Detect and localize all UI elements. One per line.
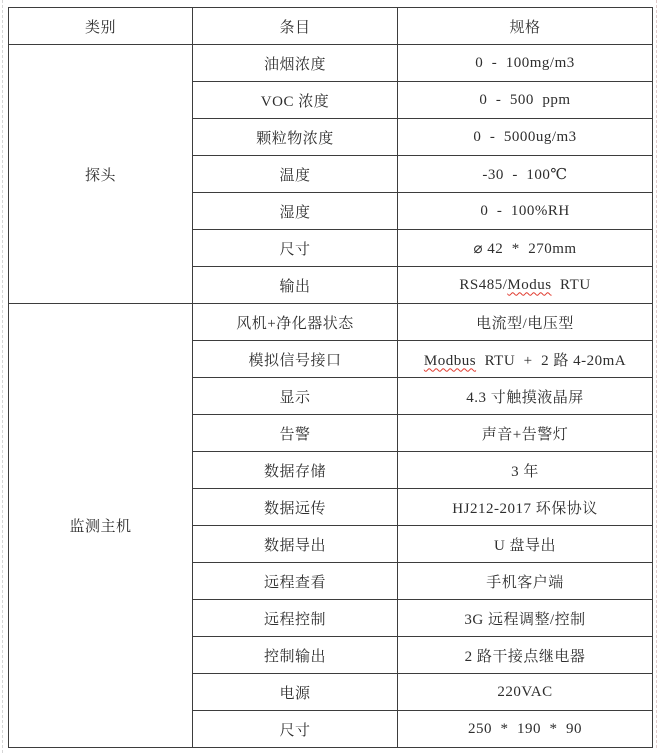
item-cell: 显示 (193, 378, 398, 415)
item-cell: 电源 (193, 674, 398, 711)
item-cell: VOC 浓度 (193, 82, 398, 119)
category-cell: 探头 (9, 45, 193, 304)
spec-cell: 手机客户端 (398, 563, 653, 600)
item-cell: 尺寸 (193, 711, 398, 748)
spec-cell: 3 年 (398, 452, 653, 489)
spec-cell: 3G 远程调整/控制 (398, 600, 653, 637)
spec-cell: 4.3 寸触摸液晶屏 (398, 378, 653, 415)
table-header-row: 类别 条目 规格 (9, 8, 653, 45)
spec-cell: 电流型/电压型 (398, 304, 653, 341)
document-page: { "table": { "headers": ["类别", "条目", "规格… (0, 0, 660, 753)
spec-cell: 220VAC (398, 674, 653, 711)
spec-cell: Modbus RTU + 2 路 4-20mA (398, 341, 653, 378)
item-cell: 输出 (193, 267, 398, 304)
item-cell: 温度 (193, 156, 398, 193)
item-cell: 模拟信号接口 (193, 341, 398, 378)
item-cell: 湿度 (193, 193, 398, 230)
header-item: 条目 (193, 8, 398, 45)
header-category: 类别 (9, 8, 193, 45)
item-cell: 风机+净化器状态 (193, 304, 398, 341)
spellcheck-underline: Modus (507, 277, 551, 293)
table-row: 探头油烟浓度0 - 100mg/m3 (9, 45, 653, 82)
item-cell: 控制输出 (193, 637, 398, 674)
spellcheck-underline: Modbus (424, 353, 476, 369)
spec-cell: U 盘导出 (398, 526, 653, 563)
scan-edge-artifact-left (2, 0, 3, 753)
spec-cell: 0 - 100%RH (398, 193, 653, 230)
item-cell: 数据远传 (193, 489, 398, 526)
spec-table-body: 探头油烟浓度0 - 100mg/m3VOC 浓度0 - 500 ppm颗粒物浓度… (9, 45, 653, 748)
spec-table: 类别 条目 规格 探头油烟浓度0 - 100mg/m3VOC 浓度0 - 500… (8, 7, 653, 748)
spec-cell: -30 - 100℃ (398, 156, 653, 193)
spec-cell: HJ212-2017 环保协议 (398, 489, 653, 526)
item-cell: 颗粒物浓度 (193, 119, 398, 156)
item-cell: 远程查看 (193, 563, 398, 600)
spec-cell: 250 * 190 * 90 (398, 711, 653, 748)
spec-cell: 声音+告警灯 (398, 415, 653, 452)
spec-cell: ⌀ 42 * 270mm (398, 230, 653, 267)
item-cell: 远程控制 (193, 600, 398, 637)
item-cell: 尺寸 (193, 230, 398, 267)
category-cell: 监测主机 (9, 304, 193, 748)
spec-cell: 0 - 5000ug/m3 (398, 119, 653, 156)
scan-edge-artifact-right (656, 0, 657, 748)
spec-cell: 0 - 100mg/m3 (398, 45, 653, 82)
item-cell: 数据存储 (193, 452, 398, 489)
header-spec: 规格 (398, 8, 653, 45)
item-cell: 油烟浓度 (193, 45, 398, 82)
item-cell: 数据导出 (193, 526, 398, 563)
table-row: 监测主机风机+净化器状态电流型/电压型 (9, 304, 653, 341)
spec-cell: RS485/Modus RTU (398, 267, 653, 304)
spec-cell: 2 路干接点继电器 (398, 637, 653, 674)
spec-cell: 0 - 500 ppm (398, 82, 653, 119)
item-cell: 告警 (193, 415, 398, 452)
